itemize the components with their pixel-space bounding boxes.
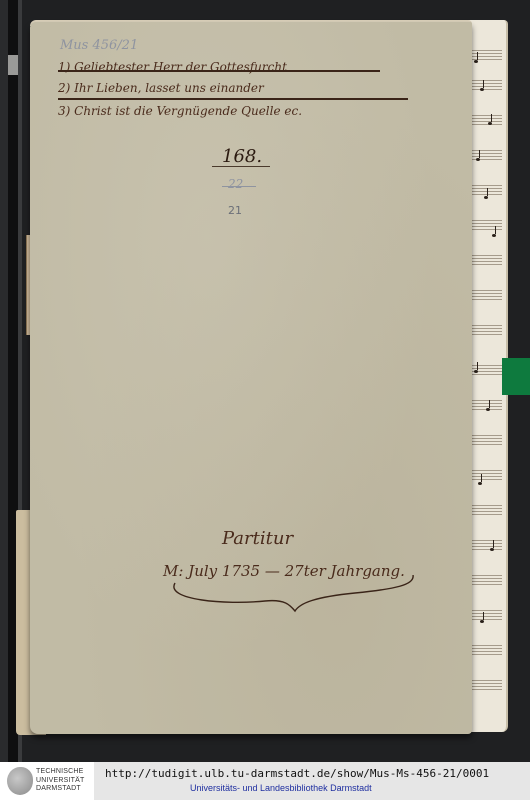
strikethrough-2 — [58, 98, 408, 100]
flourish-icon — [165, 575, 425, 615]
strikethrough-1 — [58, 70, 380, 72]
ink-number: 168. — [222, 146, 262, 167]
pencil-number: 21 — [228, 204, 242, 217]
title-line-3: 3) Christ ist die Vergnügende Quelle ec. — [58, 104, 302, 118]
pencil-strike — [222, 186, 256, 187]
scanner-edge — [0, 0, 8, 762]
scanner-marker — [8, 55, 18, 75]
athena-head-icon — [7, 767, 33, 795]
partitur-title: Partitur — [222, 528, 293, 549]
ink-number-underline — [212, 166, 270, 167]
tu-darmstadt-logo[interactable]: TECHNISCHE UNIVERSITÄT DARMSTADT — [0, 762, 94, 800]
library-link[interactable]: Universitäts- und Landesbibliothek Darms… — [190, 783, 372, 793]
title-line-1: 1) Geliebtester Herr der Gottesfurcht — [58, 60, 287, 74]
manuscript-scan: Mus 456/21 1) Geliebtester Herr der Gott… — [0, 0, 530, 762]
manuscript-cover — [30, 22, 472, 734]
pencil-number-struck: 22 — [228, 177, 243, 191]
pencil-shelfmark: Mus 456/21 — [60, 38, 138, 53]
footer-bar: TECHNISCHE UNIVERSITÄT DARMSTADT http://… — [0, 762, 530, 800]
logo-text: TECHNISCHE UNIVERSITÄT DARMSTADT — [36, 768, 84, 794]
title-line-2: 2) Ihr Lieben, lasset uns einander — [58, 81, 264, 95]
permalink-url[interactable]: http://tudigit.ulb.tu-darmstadt.de/show/… — [105, 767, 489, 780]
color-reference-tab — [502, 358, 530, 395]
